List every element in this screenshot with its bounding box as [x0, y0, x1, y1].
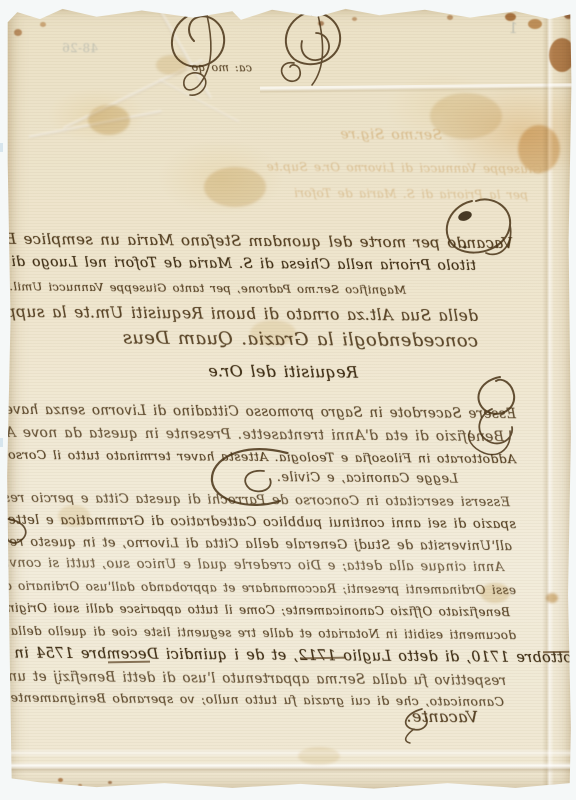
handwriting-line: respettivo fu dalla Ser.ma appartenuto l…	[40, 669, 506, 689]
fold-crease-vertical-right	[542, 15, 554, 785]
faint-bleed-line: Giuseppe Vannucci di Livorno Or.e Sup.te	[292, 160, 542, 176]
handwriting-line: concedendogli la Grazia. Quam Deus	[130, 327, 478, 351]
wrinkle-crease	[151, 0, 211, 99]
handwriting-line: Magnifico Ser.mo Padrone, per tanto Gius…	[8, 279, 406, 296]
handwriting-line: spazio di sei anni continui pubblico Cat…	[8, 513, 516, 532]
handwriting-line: all'Universita de Studj Generale della C…	[8, 535, 512, 554]
handwriting-line: titolo Prioria nella Chiesa di S. Maria …	[8, 254, 476, 274]
rust-stain	[395, 787, 399, 790]
manuscript-paper: 48-26 1 ca: mo qo Ser.mo Sig.re Giuseppe…	[6, 5, 572, 791]
wrinkle-crease	[159, 79, 239, 123]
handwriting-line: Essere Sacerdote in Sagro promosso Citta…	[8, 402, 516, 422]
rust-stain	[108, 781, 112, 784]
scanner-artifact	[0, 143, 3, 152]
top-inscription: ca: mo qo	[156, 61, 252, 75]
fold-crease-horizontal-bottom	[6, 762, 572, 773]
rust-stain	[528, 19, 542, 29]
handwriting-line: Addottorato in Filosofia e Teologia. Att…	[8, 447, 516, 466]
handwriting-line: della Sua Alt.za ornato di buoni Requisi…	[16, 303, 478, 325]
faint-bleed-line: Ser.mo Sig.re	[342, 127, 442, 144]
pencil-mark-top-right: 1	[506, 19, 518, 37]
scanned-document: 48-26 1 ca: mo qo Ser.mo Sig.re Giuseppe…	[0, 0, 576, 800]
handwriting-line: Anni cinque alla detta; e Dio crederle q…	[32, 556, 504, 575]
handwriting-line: documenti esibiti in Notariato et dalle …	[8, 624, 516, 642]
stain	[546, 593, 558, 603]
closing-word: Vacante.	[396, 707, 478, 727]
rust-stain	[549, 38, 575, 72]
stain	[88, 105, 130, 135]
handwriting-line: Benefiziato Offizio Canonicamente; Come …	[12, 601, 510, 619]
faint-bleed-line: per la Prioria di S. Maria de Tofori	[300, 186, 528, 202]
wrinkle-crease	[29, 110, 162, 139]
pencil-mark-top-left: 48-26	[28, 41, 98, 56]
scanner-artifact	[0, 438, 3, 447]
rust-stain	[14, 29, 22, 36]
stain	[298, 747, 340, 765]
rust-stain	[130, 786, 133, 789]
handwriting-line: ottobre 1710, di detto Luglio 1712, et d…	[26, 646, 572, 667]
rust-stain	[352, 17, 357, 21]
handwriting-line: essi Ordinamenti presenti; Raccomandare …	[8, 579, 516, 597]
requisiti-heading: Requisiti del Or.e	[198, 361, 358, 381]
handwriting-line: Essersi esercitato in Concorso de Parroc…	[8, 491, 510, 510]
handwriting-line: Legge Canonica, e Civile.	[298, 470, 458, 486]
rust-stain	[447, 15, 453, 20]
fold-crease-horizontal-top	[260, 83, 572, 93]
paraph-flourish-right	[282, 11, 341, 85]
rust-stain	[420, 789, 423, 791]
rust-stain	[318, 21, 324, 26]
fold-crease-horizontal-faint	[6, 749, 572, 757]
handwriting-line: Benefizio di eta d'Anni trentasette. Pre…	[22, 425, 504, 445]
stain	[204, 167, 266, 207]
rust-stain	[40, 22, 46, 27]
paraph-flourish-left	[172, 11, 224, 95]
handwriting-line: Vacando per morte del quondam Stefano Ma…	[8, 230, 513, 252]
rust-stain	[58, 778, 63, 782]
rust-stain	[564, 11, 573, 19]
rust-stain	[78, 784, 82, 787]
